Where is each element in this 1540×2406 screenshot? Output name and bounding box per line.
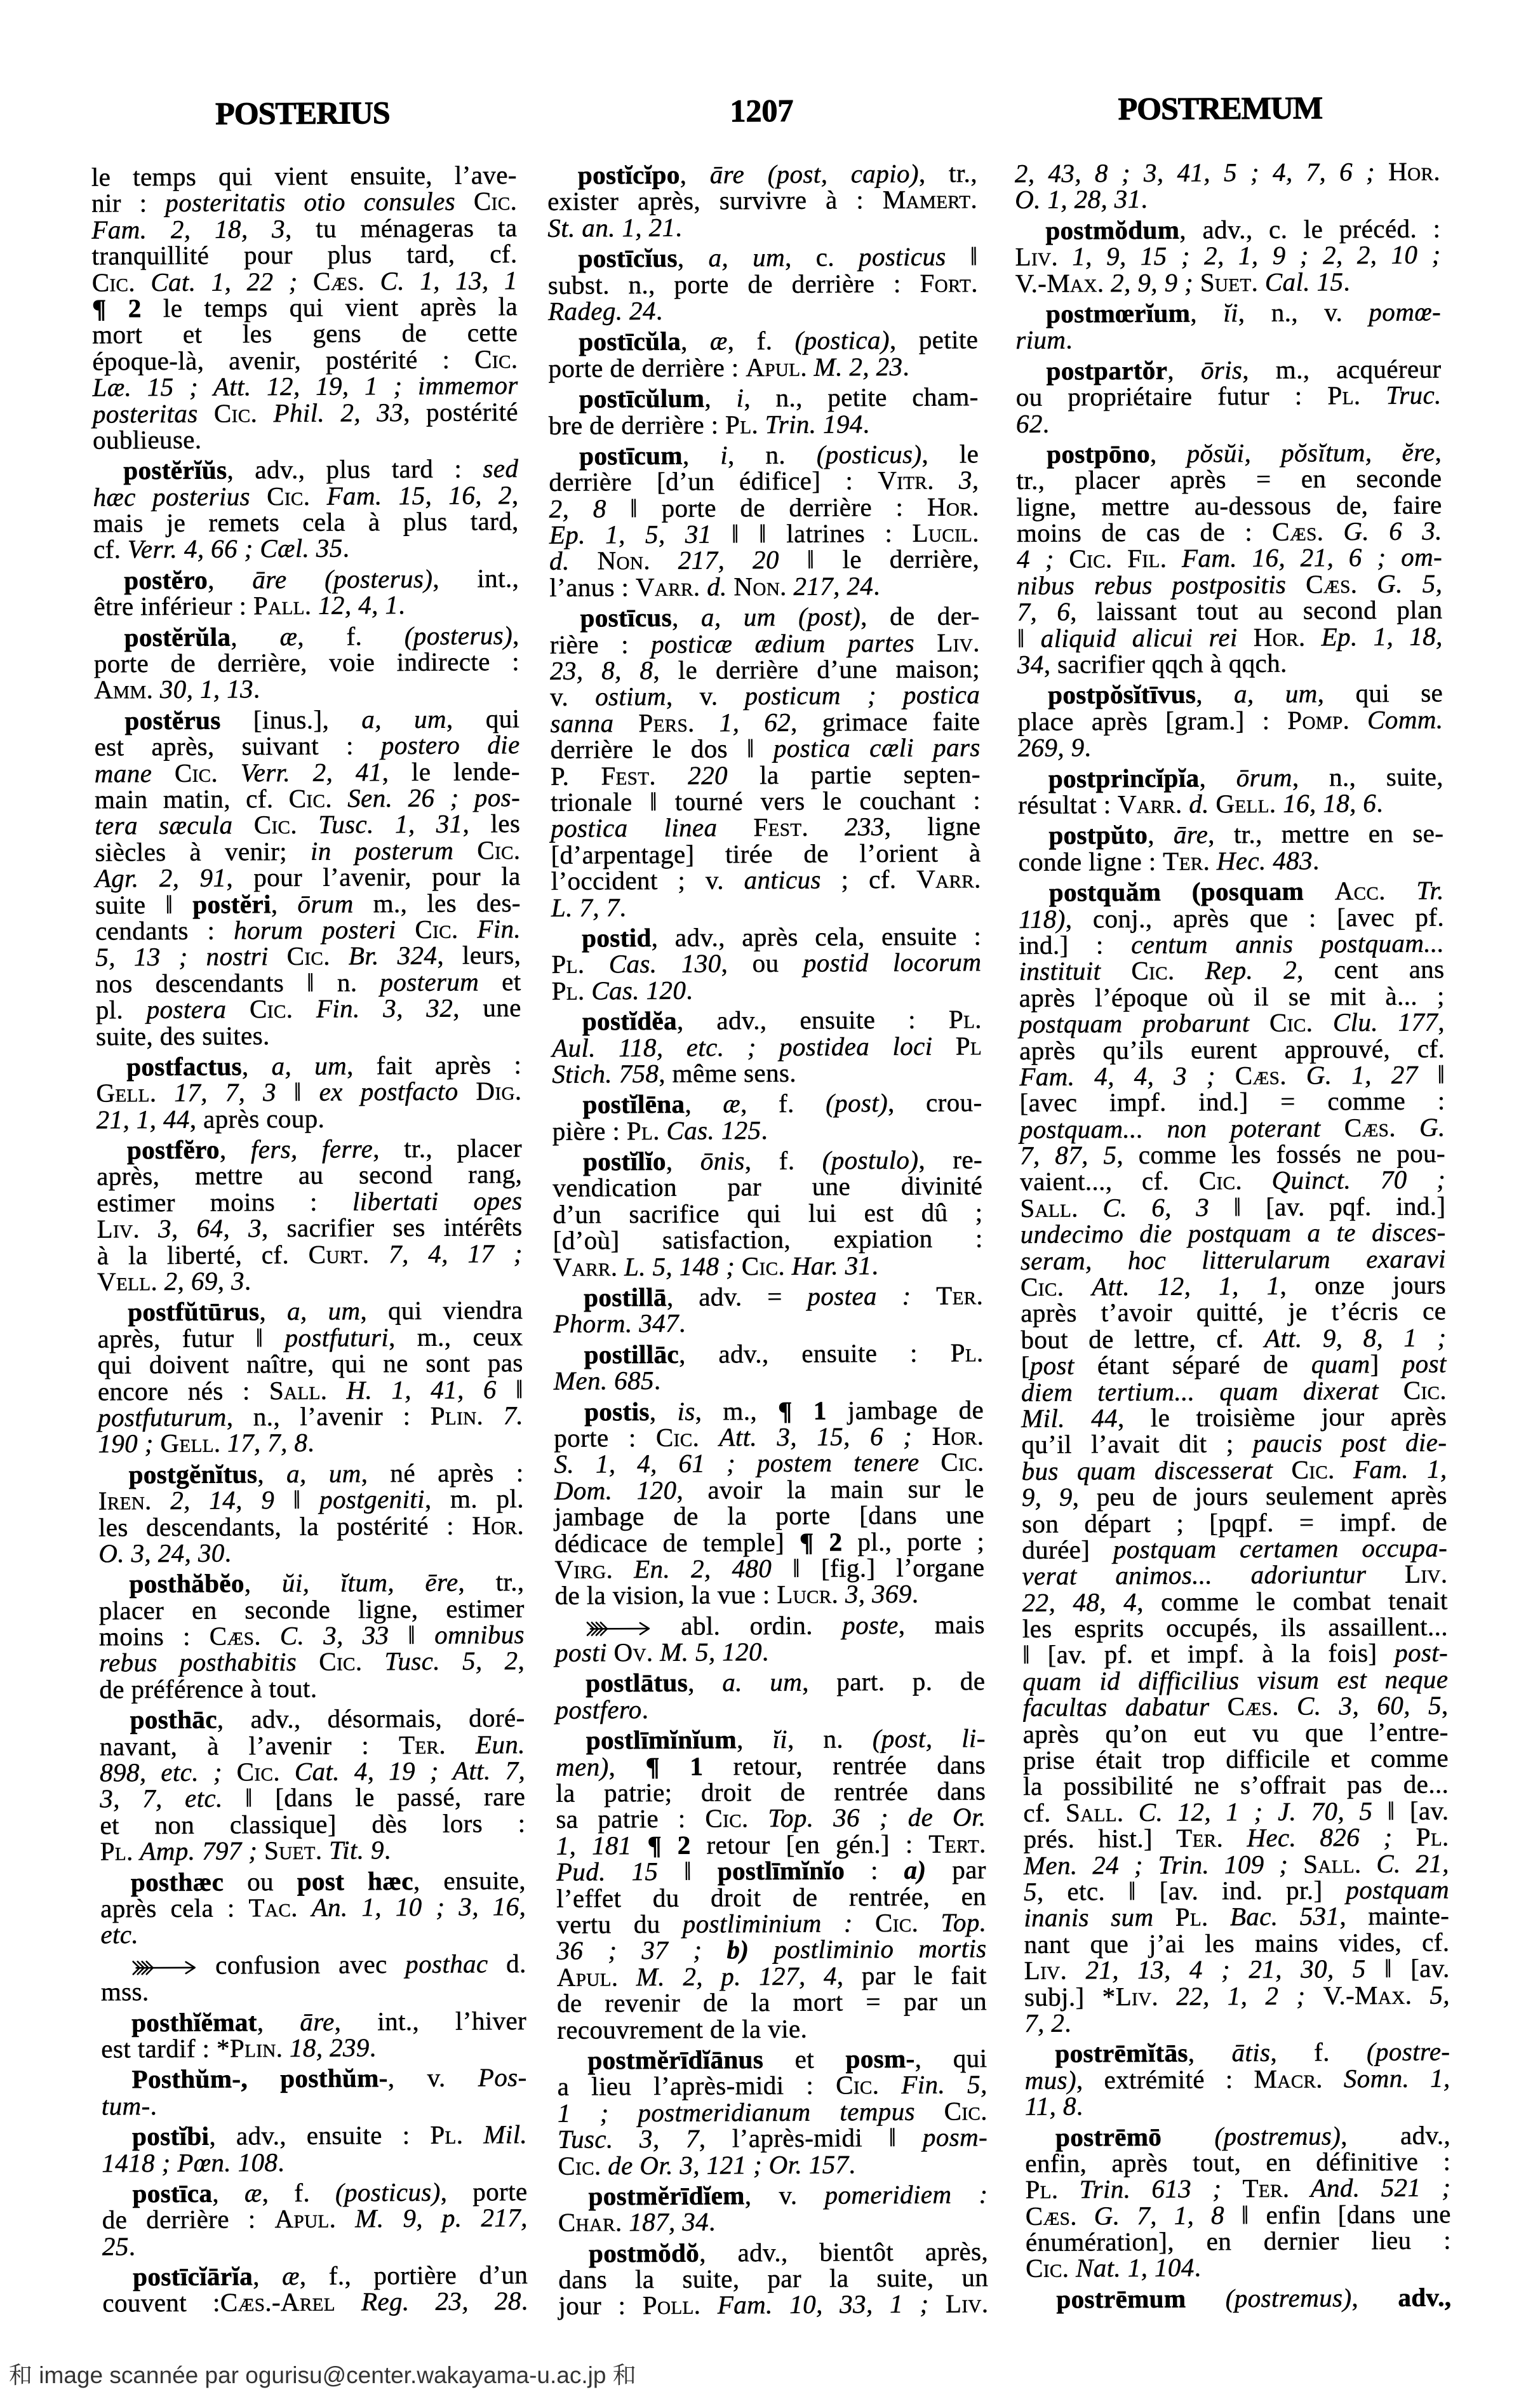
italic-text: d. (549, 546, 570, 575)
entry-line: cf. Verr. 4, 66 ; Cæl. 35. (93, 535, 519, 563)
entry-line: est après, suivant : postero die (95, 732, 520, 760)
bold-text: postlīmĭnĭo (718, 1856, 845, 1886)
small-caps-abbreviation: Liv. (1024, 1956, 1068, 1985)
small-caps-abbreviation: Pl. (951, 1338, 984, 1367)
italic-text: C. 3, 33 (280, 1620, 389, 1650)
italic-text: M. 9, p. 217, (355, 2203, 528, 2233)
small-caps-abbreviation: Vitr. (878, 466, 934, 495)
small-caps-abbreviation: Pl. (725, 410, 758, 439)
italic-text: Dom. 120 (554, 1475, 677, 1505)
small-caps-abbreviation: Ter. (399, 1730, 446, 1759)
entry-line: mort et les gens de cette (92, 319, 518, 348)
headword: postmŏdŏ (589, 2238, 699, 2268)
headword: postīcŭla (579, 326, 681, 356)
headword: postquăm (posquam (1049, 877, 1304, 907)
small-caps-abbreviation: Cic. (474, 186, 517, 215)
entry-line: conde ligne : Ter. Hec. 483. (1018, 847, 1443, 875)
italic-text: rebus posthabitis (99, 1647, 297, 1677)
small-caps-abbreviation: Cic. (1403, 1375, 1447, 1404)
dictionary-entry: postmŏdum, adv., c. le précéd. :Liv. 1, … (1015, 215, 1441, 297)
italic-text: ātis (1231, 2038, 1270, 2067)
headword: postĭdĕa (582, 1006, 677, 1036)
bold-text: ¶ 1 (645, 1751, 703, 1780)
italic-text: post (1030, 1351, 1075, 1380)
italic-text: 2, 69, 3 (164, 1266, 244, 1296)
italic-text: Clu. 177 (1333, 1007, 1438, 1037)
italic-text: Mil. 44 (1021, 1403, 1118, 1433)
italic-text: C. 3, 60, 5 (1297, 1691, 1442, 1721)
italic-text: post (1402, 1349, 1447, 1378)
italic-text: 7, 2 (1024, 2008, 1064, 2038)
entry-line: 34, sacrifier qqch à qqch. (1017, 649, 1443, 678)
italic-text: 7. (503, 1401, 523, 1430)
headword: postīcum (579, 441, 683, 471)
headword: postfŭtūrus (128, 1297, 259, 1327)
headword: postīcus (580, 603, 672, 633)
entry-line: Varr. L. 5, 148 ; Cic. Har. 31. (553, 1252, 983, 1280)
italic-text: 1, 62 (720, 708, 791, 737)
entry-line: 1418 ; Pœn. 108. (102, 2148, 527, 2177)
small-caps-abbreviation: Apul. (274, 2204, 336, 2234)
dictionary-entry: postis, is, m., ¶ 1 jambage deporte : Ci… (554, 1397, 985, 1610)
italic-text: Stich. 758 (552, 1059, 659, 1089)
headword: postīcĭus (578, 243, 677, 273)
italic-text: a, um (1234, 679, 1318, 709)
italic-text: horum posteri (234, 915, 396, 944)
italic-text: a, um (287, 1296, 361, 1326)
italic-text: M. 5, 120 (660, 1637, 762, 1667)
italic-text: Aul. 118, etc. ; postidea loci (552, 1031, 933, 1062)
dictionary-entry: postrēmĭtās, ātis, f. (postre-mus), extr… (1024, 2039, 1450, 2120)
italic-text: 7, 87, 5 (1020, 1140, 1117, 1170)
small-caps-abbreviation: Cic. (289, 784, 332, 813)
italic-text: Tusc. 1, 31 (318, 809, 463, 839)
entry-line: abl. ordin. poste, mais (555, 1611, 985, 1640)
italic-text: aliquid alicui rei (1041, 622, 1238, 653)
small-caps-abbreviation: Ter. (1242, 2174, 1289, 2203)
italic-text: fers, ferre (251, 1134, 373, 1164)
small-caps-abbreviation: Macr. (1254, 2064, 1323, 2093)
headword: postpŭto (1048, 820, 1148, 850)
headword: postfactus (126, 1051, 242, 1081)
entry-line: Læ. 15 ; Att. 12, 19, 1 ; immemor (93, 372, 518, 401)
headword: postillā (584, 1282, 667, 1312)
small-caps-abbreviation: Pl. (100, 1837, 133, 1866)
entry-line: pière : Pl. Cas. 125. (552, 1116, 982, 1145)
small-caps-abbreviation: Cic. (250, 994, 293, 1023)
italic-text: Comm. (1367, 704, 1443, 734)
entry-line: énumération], en dernier lieu : (1026, 2228, 1451, 2256)
small-caps-abbreviation: Cic. (944, 2096, 988, 2125)
running-head-left: POSTERIUS (112, 96, 493, 130)
italic-text: 7, 6 (1017, 597, 1070, 626)
column-2: postĭcĭpo, āre (post, capio), tr.,existe… (547, 160, 989, 2319)
italic-text: (post, li- (873, 1724, 986, 1754)
entry-line: postillā, adv. = postea : Ter. (553, 1282, 983, 1311)
entry-line: 190 ; Gell. 17, 7, 8. (98, 1428, 523, 1457)
italic-text: ex postfacto (319, 1077, 458, 1106)
dictionary-entry: postillā, adv. = postea : Ter.Phorm. 347… (553, 1282, 983, 1337)
dictionary-entry: postīcus, a, um (post), de der-rière : p… (549, 603, 981, 921)
italic-text: etc. (100, 1920, 138, 1949)
entry-line: O. 3, 24, 30. (98, 1538, 524, 1567)
italic-text: G. 5, (1377, 568, 1442, 598)
italic-text: sanna (550, 708, 613, 738)
italic-text: Att. 12, 1, 1 (1092, 1271, 1280, 1301)
entry-line: l’anus : Varr. d. Non. 217, 24. (549, 572, 979, 601)
italic-text: Cas. 120 (591, 975, 686, 1005)
small-caps-abbreviation: Liv. (946, 2289, 989, 2318)
italic-text: æ (710, 326, 728, 356)
entry-line: de revenir de la mort = par un (557, 1988, 987, 2017)
italic-text: Cas. 125 (666, 1115, 761, 1145)
scanned-page-content: POSTERIUS 1207 POSTREMUM le temps qui vi… (0, 0, 1540, 2406)
italic-text: Hec. 483 (1217, 845, 1313, 875)
small-caps-abbreviation: Fort. (920, 268, 978, 297)
italic-text: O. 3, 24, 30 (98, 1538, 225, 1568)
italic-text: 36 ; 37 ; (556, 1935, 702, 1965)
italic-text: Har. 31 (792, 1251, 872, 1280)
small-caps-abbreviation: Cic. (742, 1251, 785, 1280)
dictionary-entry: postfĕro, fers, ferre, tr., placeraprès,… (97, 1135, 523, 1295)
headword: postĕro (124, 565, 208, 595)
italic-text: Verr. 2, 41 (241, 757, 382, 787)
italic-text: 898, etc. ; (100, 1757, 222, 1787)
entry-line: 9, 9, peu de jours seulement après (1022, 1482, 1447, 1511)
entry-line: Aul. 118, etc. ; postidea loci Pl (552, 1033, 982, 1061)
italic-text: 62 (1016, 408, 1043, 438)
italic-text: 269, 9 (1018, 733, 1085, 763)
small-caps-abbreviation: Cic. (836, 2070, 879, 2099)
entry-line: de préférence à tout. (99, 1674, 525, 1703)
small-caps-abbreviation: Sall. (1066, 1798, 1124, 1827)
italic-text: (posticus) (817, 440, 922, 469)
italic-text: (posterus) (405, 621, 513, 650)
italic-text: 2, 14, 9 (170, 1485, 274, 1515)
italic-text: 217, 20 (678, 545, 779, 575)
entry-line: etc. (100, 1919, 526, 1948)
small-caps-abbreviation: Pl. (430, 2120, 463, 2149)
italic-text: postliminio mortis (773, 1934, 986, 1965)
dictionary-entry: postĕrus [inus.], a, um, quiest après, s… (94, 706, 521, 1050)
entry-line: est tardif : *Plin. 18, 239. (101, 2034, 526, 2062)
small-caps-abbreviation: Cic. (92, 267, 135, 297)
small-caps-abbreviation: Cic. (1291, 1455, 1334, 1484)
italic-text: 5, (1430, 1980, 1450, 2009)
entry-line: d. Non. 217, 20 ‖ le derrière, (549, 546, 979, 575)
bold-italic-text: a) (904, 1855, 926, 1885)
small-caps-abbreviation: Pall. (253, 591, 312, 620)
italic-text: (post) (826, 1088, 888, 1118)
italic-text: tera sæcula (95, 810, 232, 840)
italic-text: Cal. 15 (1265, 267, 1344, 297)
italic-text: a, um (361, 704, 446, 734)
italic-text: Top. 36 ; de Or. (768, 1803, 986, 1833)
entry-line: posti Ov. M. 5, 120. (555, 1637, 985, 1666)
dictionary-entry: postrēmō (postremus), adv.,enfin, après … (1025, 2122, 1451, 2282)
italic-text: 7, 4, 17 ; (389, 1239, 523, 1268)
italic-text: 22, 1, 2 ; (1176, 1980, 1306, 2010)
entry-line: postmœrĭum, ĭi, n., v. pomœ- (1015, 299, 1441, 327)
entry-line: et non classique] dès lors : (100, 1810, 525, 1839)
dictionary-entry: postmœrĭum, ĭi, n., v. pomœ-rium. (1015, 299, 1441, 353)
italic-text: æ (723, 1089, 740, 1119)
dictionary-entry: postmŏdŏ, adv., bientôt après,dans la su… (558, 2238, 989, 2320)
bold-text: postĕri (192, 889, 271, 919)
entry-line: L. 7, 7. (551, 892, 981, 921)
small-caps-abbreviation: Pl (956, 1031, 982, 1060)
column-1: le temps qui vient ensuite, l’ave-nir : … (91, 162, 528, 2316)
entry-line: postlātus, a. um, part. p. de (555, 1669, 985, 1697)
italic-text: 118) (1019, 904, 1066, 933)
entry-line: 25. (102, 2231, 528, 2260)
italic-text: 2, 8 (549, 494, 606, 523)
entry-line: être inférieur : Pall. 12, 4, 1. (93, 591, 519, 620)
italic-text: Tusc. 5, 2 (384, 1646, 518, 1676)
italic-text: libertati opes (352, 1186, 523, 1216)
small-caps-abbreviation: Iren. (98, 1486, 152, 1515)
italic-text: post- (1395, 1638, 1448, 1667)
dictionary-entry: postpŏsĭtīvus, a, um, qui seplace après … (1017, 680, 1443, 762)
small-caps-abbreviation: Cic. (1269, 1008, 1313, 1037)
entry-line: tum-. (102, 2091, 527, 2120)
italic-text: G. 6 3. (1343, 516, 1442, 546)
small-caps-abbreviation: Vell. (97, 1267, 157, 1296)
small-caps-abbreviation: Sall. (1020, 1193, 1078, 1222)
column-3: 2, 43, 8 ; 3, 41, 5 ; 4, 7, 6 ; Hor.O. 1… (1015, 158, 1452, 2313)
italic-text: Tusc. 3, 7 (558, 2124, 699, 2154)
headword: postlātus (586, 1668, 688, 1698)
dictionary-entry: postfŭtūrus, a, um, qui viendraaprès, fu… (97, 1297, 523, 1457)
italic-text: 5 (1024, 1877, 1037, 1906)
headword: postgĕnĭtus (129, 1459, 258, 1489)
small-caps-abbreviation: Pl. (627, 1116, 660, 1145)
small-caps-abbreviation: Pl. (1416, 1822, 1449, 1852)
entry-line: 2, 43, 8 ; 3, 41, 5 ; 4, 7, 6 ; Hor. (1015, 158, 1440, 187)
italic-text: postid locorum (803, 948, 982, 978)
dictionary-entry: postlīmĭnĭum, ĭi, n. (post, li-men), ¶ 1… (556, 1726, 988, 2043)
italic-text: 16, 18, 6 (1283, 788, 1376, 818)
italic-text: d. (1189, 789, 1209, 818)
headword: posthāc (130, 1705, 217, 1735)
small-caps-abbreviation: Pl. (1175, 1902, 1209, 1932)
italic-text: Trin. 613 ; (1080, 2174, 1222, 2204)
small-caps-abbreviation: Pl. (552, 976, 585, 1005)
small-caps-abbreviation: Cæs. (1228, 1691, 1279, 1721)
headword: postĕrus (124, 705, 221, 735)
bold-text: ¶ 2 (92, 293, 142, 323)
entry-line: posteritas Cic. Phil. 2, 33, postérité (93, 399, 518, 427)
headword: postīca (132, 2179, 212, 2208)
bold-text: ¶ 2 (800, 1527, 843, 1556)
entry-line: St. an. 1, 21. (547, 213, 977, 241)
dictionary-entry: postĕro, āre (posterus), int.,être infér… (93, 565, 519, 620)
entry-line: instituit Cic. Rep. 2, cent ans (1019, 957, 1444, 985)
italic-text: postquam probarunt (1019, 1008, 1250, 1038)
small-caps-abbreviation: Liv. (1015, 242, 1058, 271)
headword: postlīmĭnĭum (586, 1725, 737, 1755)
dictionary-entry: postpōno, pŏsŭi, pŏsĭtum, ĕre,tr., place… (1016, 439, 1443, 678)
entry-line: 62. (1016, 408, 1442, 437)
small-caps-abbreviation: Gell. (1215, 789, 1276, 818)
entry-line: l’occident ; v. anticus ; cf. Varr. (551, 866, 981, 894)
italic-text: 21, 1, 44 (97, 1104, 190, 1134)
entry-line: place après [gram.] : Pomp. Comm. (1017, 706, 1443, 735)
italic-text: ŭi, ĭtum, ēre (282, 1568, 459, 1597)
italic-text: postfuturum (98, 1402, 227, 1432)
entry-line: Pl. Amp. 797 ; Suet. Tit. 9. (100, 1836, 526, 1865)
small-caps-abbreviation: Cæs.-Arel (220, 2287, 335, 2317)
small-caps-abbreviation: Fest. (753, 812, 808, 842)
italic-text: æ (279, 622, 297, 651)
small-caps-abbreviation: Cic. (941, 1448, 984, 1477)
small-caps-abbreviation: Ter. (1176, 1824, 1223, 1853)
entry-line: facultas dabatur Cæs. C. 3, 60, 5, (1022, 1693, 1448, 1721)
bold-text: ¶ 1 (778, 1395, 827, 1425)
italic-text: anticus (744, 865, 820, 895)
entry-line: mus), extrémité : Macr. Somn. 1, (1025, 2065, 1450, 2093)
italic-text: posti (555, 1637, 607, 1667)
italic-text: omnibus (434, 1620, 525, 1650)
italic-text: Top. (941, 1907, 986, 1937)
italic-text: 11, 8 (1025, 2092, 1076, 2121)
dictionary-entry: postprincĭpĭa, ōrum, n., suite,résultat … (1018, 763, 1443, 818)
italic-text: 3, 7, etc. (100, 1784, 223, 1813)
dictionary-entry: postĕrĭŭs, adv., plus tard : sedhæc post… (93, 455, 519, 563)
italic-text: postgeniti (319, 1484, 425, 1514)
italic-text: C. 21, (1376, 1848, 1449, 1878)
entry-line: derrière le dos ‖ postica cæli pars (551, 734, 981, 763)
dictionary-page: { "header": { "left_guide_word": "POSTER… (0, 0, 1540, 2406)
entry-line: Pl. Cas. 120. (552, 976, 982, 1004)
dictionary-entry: postĭdĕa, adv., ensuite : Pl.Aul. 118, e… (552, 1006, 982, 1087)
entry-line: Iren. 2, 14, 9 ‖ postgeniti, m. pl. (98, 1486, 524, 1514)
entry-line: postquam probarunt Cic. Clu. 177, (1019, 1009, 1445, 1038)
small-caps-abbreviation: Hor. (1388, 156, 1440, 185)
headword: postĭbi (132, 2121, 210, 2151)
italic-text: posterum (380, 967, 479, 997)
small-caps-abbreviation: Ter. (936, 1280, 983, 1310)
italic-text: O. 1, 28, 31 (1015, 184, 1141, 214)
entry-line: subj.] *Liv. 22, 1, 2 ; V.-Max. 5, (1024, 1982, 1450, 2010)
italic-text: d. (707, 572, 727, 601)
italic-text: ōris (1201, 355, 1243, 384)
small-caps-abbreviation: Cic. (237, 1757, 280, 1786)
italic-text: mane (95, 758, 152, 788)
italic-text: (posticus) (335, 2177, 441, 2207)
dictionary-entry: postpartŏr, ōris, m., acquéreurou propri… (1015, 356, 1442, 437)
italic-text: a, um (708, 243, 785, 272)
italic-text: Ep. 1, 18, (1322, 621, 1443, 651)
small-caps-abbreviation: Tac. (248, 1893, 297, 1922)
dictionary-entry: postīcŭlum, i, n., petite cham-bre de de… (549, 384, 979, 438)
italic-text: Fam. 10, 33, 1 ; (718, 2289, 929, 2320)
entry-line: mais je remets cela à plus tard, (93, 508, 519, 537)
italic-text: Att. 3, 15, 6 ; (719, 1421, 912, 1452)
entry-line: recouvrement de la vie. (557, 2015, 987, 2043)
bold-text: ¶ 2 (647, 1831, 690, 1860)
italic-text: in posterum (311, 835, 454, 865)
entry-line: verat animos... adoriuntur Liv. (1022, 1561, 1447, 1590)
italic-text: 22, 48, 4 (1022, 1587, 1137, 1617)
dictionary-entry: postmĕrīdĭānus et posm-, quia lieu l’apr… (557, 2045, 988, 2179)
italic-text: Reg. 23, 28 (361, 2287, 521, 2316)
italic-text: men) (556, 1752, 609, 1781)
italic-text: Fin. 5, (901, 2070, 988, 2100)
entry-line: rebus posthabitis Cic. Tusc. 5, 2, (99, 1648, 525, 1677)
italic-text: Cas. 130 (609, 949, 721, 979)
italic-text: Phorm. 347 (553, 1308, 679, 1338)
headword: postmŏdum (1045, 215, 1179, 245)
entry-line: postĕro, āre (posterus), int., (93, 565, 519, 594)
italic-text: 2, 9, 9 ; (1111, 267, 1193, 297)
entry-line: postīcus, a, um (post), de der- (549, 603, 979, 632)
italic-text: āre (1174, 820, 1209, 849)
small-caps-abbreviation: Curt. (309, 1239, 370, 1269)
small-caps-abbreviation: Varr. (636, 572, 700, 601)
small-caps-abbreviation: Hor. (932, 1421, 984, 1450)
small-caps-abbreviation: Cic. (267, 481, 310, 510)
small-caps-abbreviation: Sall. (269, 1375, 328, 1404)
italic-text: posticum ; postica (744, 680, 980, 711)
headword: postprincĭpĭa (1048, 763, 1200, 793)
headword: postīcĭārĭa (133, 2261, 253, 2291)
italic-text: Sen. 26 ; pos- (347, 783, 520, 812)
entry-line: postquăm (posquam Acc. Tr. (1019, 878, 1444, 906)
entry-line: 11, 8. (1025, 2092, 1450, 2120)
small-caps-abbreviation: Hor. (1254, 622, 1306, 651)
entry-line: Cic. de Or. 3, 121 ; Or. 157. (558, 2151, 988, 2179)
italic-text: Fin. (477, 914, 521, 943)
small-caps-abbreviation: Cic. (477, 835, 520, 864)
entry-line: O. 1, 28, 31. (1015, 185, 1440, 213)
italic-text: rium (1015, 325, 1066, 354)
small-caps-abbreviation: Cic. (558, 2151, 601, 2180)
small-caps-abbreviation: Hor. (927, 492, 979, 521)
entry-line: Cic. Nat. 1, 104. (1026, 2254, 1451, 2282)
italic-text: Trin. 194 (765, 409, 863, 439)
italic-text: facultas dabatur (1022, 1692, 1209, 1723)
dictionary-entry: postĭbi, adv., ensuite : Pl. Mil.1418 ; … (102, 2121, 527, 2176)
italic-text: sed (483, 454, 518, 483)
dictionary-entry: postquăm (posquam Acc. Tr.118), conj., a… (1019, 878, 1450, 2037)
italic-text: 12, 4, 1 (318, 590, 398, 620)
small-caps-abbreviation: Cæs. (1026, 2201, 1077, 2230)
bold-italic-text: b) (726, 1935, 749, 1965)
headword: posthĭĕmat (131, 2007, 257, 2037)
italic-text: Phil. 2, 33 (273, 398, 403, 427)
small-caps-abbreviation: Varr. (916, 864, 981, 894)
italic-text: Rep. 2 (1205, 955, 1297, 985)
entry-line: pl. postera Cic. Fin. 3, 32, une (96, 995, 521, 1023)
italic-text: 2, 43, 8 ; 3, 41, 5 ; 4, 7, 6 ; (1015, 157, 1375, 188)
entry-line: Pud. 15 ‖ postlīmĭnĭo : a) par (556, 1857, 986, 1885)
entry-line: confusion avec posthac d. (101, 1951, 526, 1979)
entry-note: abl. ordin. poste, maisposti Ov. M. 5, 1… (555, 1611, 985, 1666)
italic-text: a, um (271, 1051, 347, 1080)
italic-text: postfero (555, 1695, 641, 1724)
italic-text: Ep. 1, 5, 31 (549, 520, 712, 549)
small-caps-abbreviation: Pl. (949, 1004, 982, 1033)
italic-text: ōrum (297, 889, 353, 918)
small-caps-abbreviation: Virg. (554, 1554, 613, 1583)
italic-text: āre (post, capio) (710, 159, 919, 189)
headword: postrēmĭtās (1055, 2038, 1188, 2068)
italic-text: Pos- (478, 2062, 527, 2092)
entry-line: oublieuse. (93, 425, 518, 454)
entry-line: [d’où] satisfaction, expiation : (553, 1225, 983, 1254)
dictionary-entry: posthĭĕmat, āre, int., l’hiverest tardif… (101, 2008, 526, 2062)
